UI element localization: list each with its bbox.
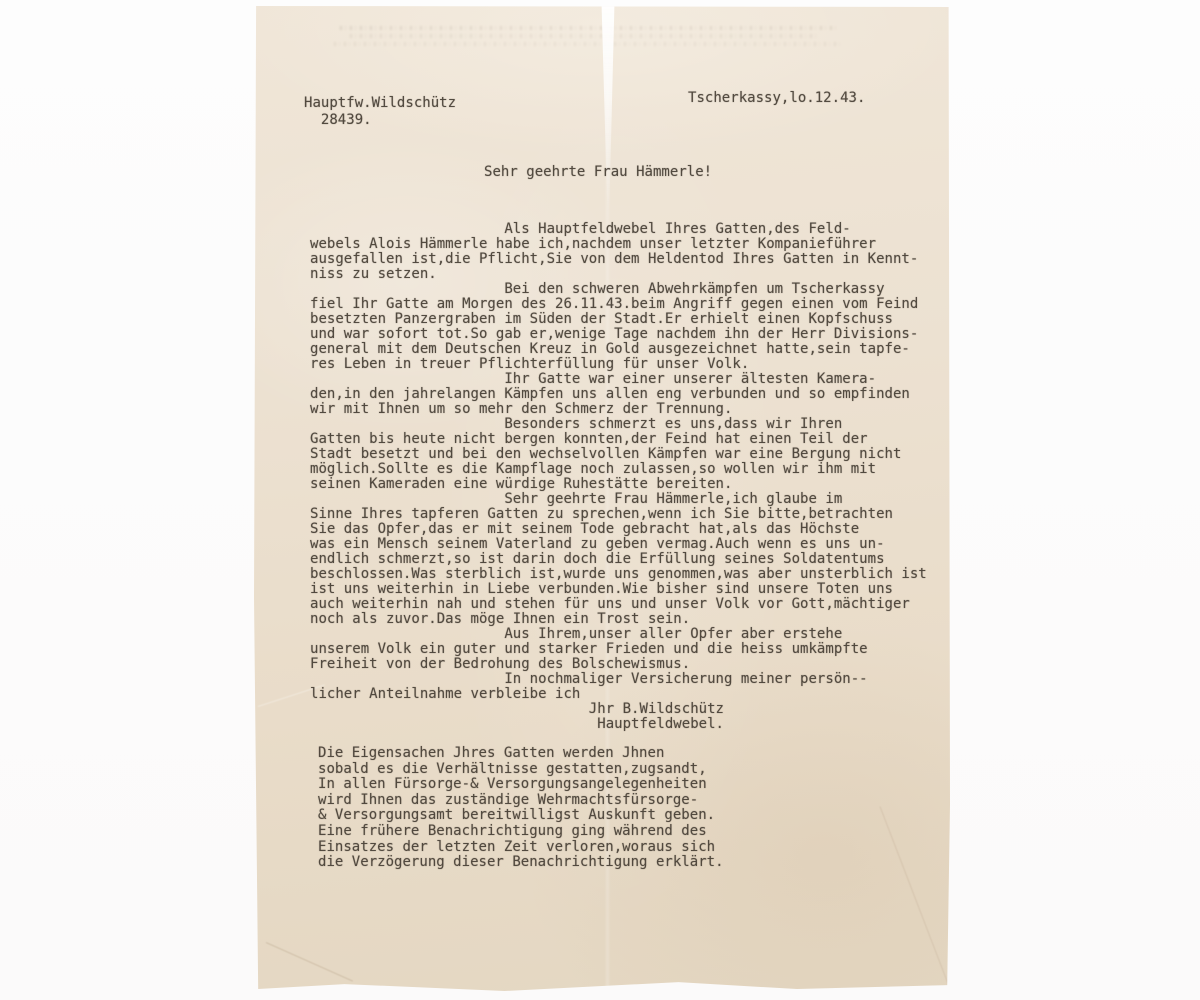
paper-crease: [880, 806, 953, 993]
sender-line: Hauptfw.Wildschütz: [304, 95, 456, 112]
body-line: res Leben in treuer Pflichterfüllung für…: [310, 357, 927, 372]
letter-page: Hauptfw.Wildschütz 28439. Tscherkassy,lo…: [254, 6, 950, 992]
body-line: Als Hauptfeldwebel Ihres Gatten,des Feld…: [310, 222, 927, 237]
body-line: noch als zuvor.Das möge Ihnen ein Trost …: [310, 612, 927, 627]
ghost-type-impression: [334, 42, 844, 46]
body-line: seinen Kameraden eine würdige Ruhestätte…: [310, 477, 927, 492]
body-line: webels Alois Hämmerle habe ich,nachdem u…: [310, 237, 927, 252]
body-line: unserem Volk ein guter und starker Fried…: [310, 642, 927, 657]
body-line: licher Anteilnahme verbleibe ich: [310, 687, 927, 702]
body-line: auch weiterhin nah und stehen für uns un…: [310, 597, 927, 612]
postscript-line: Einsatzes der letzten Zeit verloren,wora…: [318, 840, 724, 856]
salutation: Sehr geehrte Frau Hämmerle!: [484, 165, 712, 180]
body-line: möglich.Sollte es die Kampflage noch zul…: [310, 462, 927, 477]
postscript-line: Eine frühere Benachrichtigung ging währe…: [318, 824, 724, 840]
postscript-line: Die Eigensachen Jhres Gatten werden Jhne…: [318, 746, 724, 762]
paper-crease: [266, 942, 353, 982]
body-line: besetzten Panzergraben im Süden der Stad…: [310, 312, 927, 327]
postscript-line: In allen Fürsorge-& Versorgungsangelegen…: [318, 777, 724, 793]
body-line: Gatten bis heute nicht bergen konnten,de…: [310, 432, 927, 447]
body-line: Aus Ihrem,unser aller Opfer aber erstehe: [310, 627, 927, 642]
body-line: Bei den schweren Abwehrkämpfen um Tscher…: [310, 282, 927, 297]
body-line: ausgefallen ist,die Pflicht,Sie von dem …: [310, 252, 927, 267]
body-line: fiel Ihr Gatte am Morgen des 26.11.43.be…: [310, 297, 927, 312]
body-line: In nochmaliger Versicherung meiner persö…: [310, 672, 927, 687]
body-line: general mit dem Deutschen Kreuz in Gold …: [310, 342, 927, 357]
body-line: Sinne Ihres tapferen Gatten zu sprechen,…: [310, 507, 927, 522]
body-line: endlich schmerzt,so ist darin doch die E…: [310, 552, 927, 567]
scan-background: Hauptfw.Wildschütz 28439. Tscherkassy,lo…: [0, 0, 1200, 1000]
body-line: und war sofort tot.So gab er,wenige Tage…: [310, 327, 927, 342]
body-line: Ihr Gatte war einer unserer ältesten Kam…: [310, 372, 927, 387]
body-line: Jhr B.Wildschütz: [310, 702, 927, 717]
letter-body: Als Hauptfeldwebel Ihres Gatten,des Feld…: [310, 222, 927, 732]
postscript-line: sobald es die Verhältnisse gestatten,zug…: [318, 762, 724, 778]
body-line: den,in den jahrelangen Kämpfen uns allen…: [310, 387, 927, 402]
body-line: Besonders schmerzt es uns,dass wir Ihren: [310, 417, 927, 432]
postscript-line: die Verzögerung dieser Benachrichtigung …: [318, 855, 724, 871]
body-line: Hauptfeldwebel.: [310, 717, 927, 732]
body-line: beschlossen.Was sterblich ist,wurde uns …: [310, 567, 927, 582]
sender-block: Hauptfw.Wildschütz 28439.: [304, 95, 456, 129]
sender-line: 28439.: [304, 112, 456, 129]
body-line: niss zu setzen.: [310, 267, 927, 282]
body-line: Stadt besetzt und bei den wechselvollen …: [310, 447, 927, 462]
body-line: wir mit Ihnen um so mehr den Schmerz der…: [310, 402, 927, 417]
postscript-line: & Versorgungsamt bereitwilligst Auskunft…: [318, 808, 724, 824]
body-line: Freiheit von der Bedrohung des Bolschewi…: [310, 657, 927, 672]
body-line: was ein Mensch seinem Vaterland zu geben…: [310, 537, 927, 552]
ghost-type-impression: [350, 34, 820, 38]
ghost-type-impression: [340, 26, 840, 30]
dateline: Tscherkassy,lo.12.43.: [688, 91, 865, 106]
body-line: Sehr geehrte Frau Hämmerle,ich glaube im: [310, 492, 927, 507]
postscript: Die Eigensachen Jhres Gatten werden Jhne…: [318, 746, 724, 871]
body-line: Sie das Opfer,das er mit seinem Tode geb…: [310, 522, 927, 537]
body-line: ist uns weiterhin in Liebe verbunden.Wie…: [310, 582, 927, 597]
